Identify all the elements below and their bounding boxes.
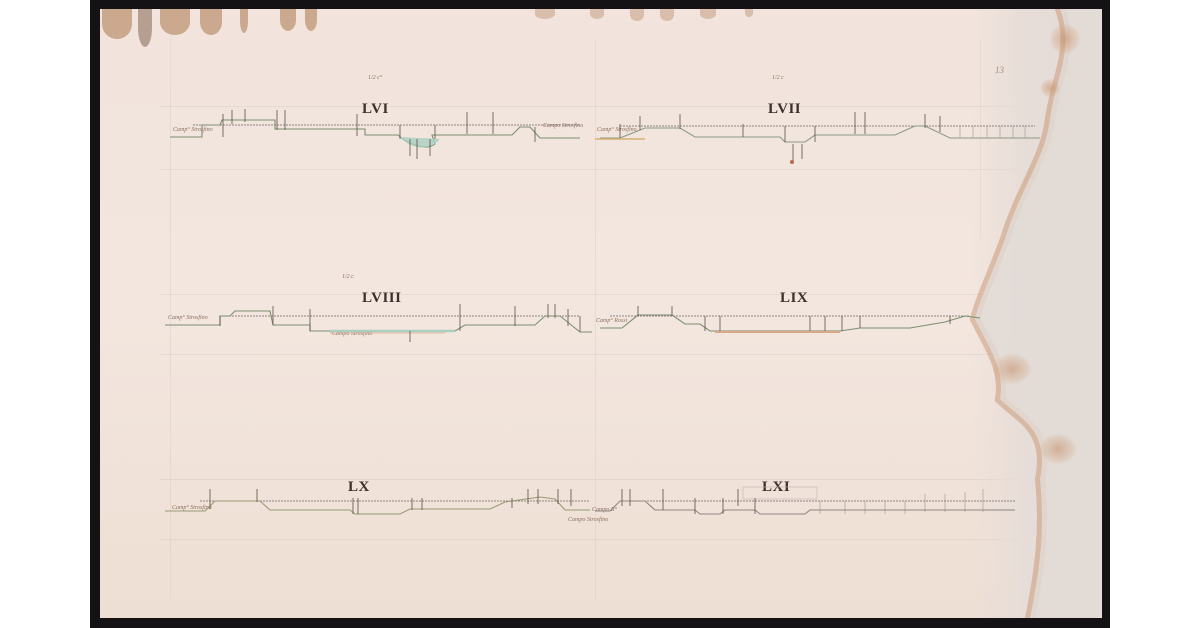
stain-spot (1050, 24, 1080, 54)
profile-LIX (600, 294, 1000, 354)
profile-LX (160, 484, 600, 544)
profile-LVI (160, 104, 600, 164)
stain-spot (993, 354, 1031, 384)
stain-spot (1040, 434, 1076, 464)
section-top-note: 1/2 c (772, 75, 784, 81)
manuscript-page: 13 1/2 c° LVI Camp° Strosfino Campo Stro… (100, 9, 1102, 618)
page-number: 13 (995, 65, 1004, 75)
profile-LXI (595, 484, 1025, 544)
profile-LVII (595, 104, 1045, 174)
section-top-note: 1/2 c° (368, 75, 382, 81)
stain-spot (1040, 79, 1060, 97)
profile-LVIII (160, 294, 600, 354)
section-top-note: 1/2 c (342, 274, 354, 280)
